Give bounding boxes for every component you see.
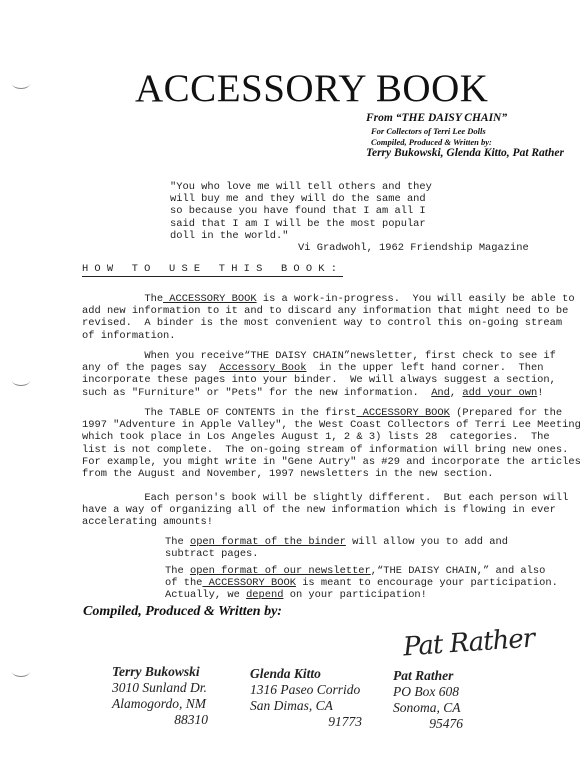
- quote-line: will buy me and they will do the same an…: [170, 193, 426, 205]
- contact-city: Alamogordo, NM: [112, 696, 208, 712]
- paragraph-2: When you receive“THE DAISY CHAIN”newslet…: [82, 350, 556, 399]
- text: is a work-in-progress. You will easily b…: [257, 293, 575, 305]
- paragraph-1: The ACCESSORY BOOK is a work-in-progress…: [82, 293, 575, 342]
- text: from the August and November, 1997 newsl…: [82, 468, 494, 480]
- contact-zip: 91773: [250, 714, 362, 730]
- signature: Pat Rather: [402, 623, 535, 662]
- hole-punch-mark: [12, 78, 30, 89]
- underlined-text: ACCESSORY BOOK: [202, 577, 296, 589]
- text: of information.: [82, 330, 176, 342]
- contact-city: Sonoma, CA: [393, 700, 463, 716]
- text: revised. A binder is the most convenient…: [82, 317, 562, 329]
- contact-card: Pat Rather PO Box 608 Sonoma, CA 95476: [393, 668, 463, 732]
- text: accelerating amounts!: [82, 516, 213, 528]
- quote-line: so because you have found that I am all …: [170, 205, 426, 217]
- subtitle-compiled: Compiled, Produced & Written by:: [371, 137, 492, 147]
- text: such as "Furniture" or "Pets" for the ne…: [82, 387, 431, 399]
- underlined-text: And: [431, 387, 450, 399]
- contact-city: San Dimas, CA: [250, 698, 362, 714]
- quote-line: said that I am I will be the most popula…: [170, 218, 426, 230]
- text: incorporate these pages into your binder…: [82, 374, 556, 386]
- quote-attribution: Vi Gradwohl, 1962 Friendship Magazine: [298, 242, 529, 254]
- contact-zip: 88310: [112, 712, 208, 728]
- contact-name: Terry Bukowski: [112, 664, 208, 680]
- contact-zip: 95476: [393, 716, 463, 732]
- underlined-text: ACCESSORY BOOK: [163, 293, 257, 305]
- text: add new information to it and to discard…: [82, 305, 568, 317]
- underlined-text: ACCESSORY BOOK: [356, 407, 450, 419]
- text: have a way of organizing all of the new …: [82, 504, 556, 516]
- text: Actually, we: [165, 589, 246, 601]
- text: subtract pages.: [165, 548, 259, 560]
- section-heading: HOW TO USE THIS BOOK:: [82, 263, 343, 277]
- text: list is not complete. The on-going strea…: [82, 444, 568, 456]
- text: For example, you might write in "Gene Au…: [82, 456, 581, 468]
- underlined-text: Accessory Book: [219, 362, 306, 374]
- compiled-by-label: Compiled, Produced & Written by:: [83, 604, 282, 620]
- contact-street: 1316 Paseo Corrido: [250, 682, 362, 698]
- text: 1997 "Adventure in Apple Valley", the We…: [82, 419, 581, 431]
- underlined-text: open format of our newsletter: [190, 565, 371, 577]
- paragraph-4: Each person's book will be slightly diff…: [82, 492, 568, 529]
- underlined-text: open format of the binder: [190, 536, 346, 548]
- contact-name: Pat Rather: [393, 668, 463, 684]
- document-title: ACCESSORY BOOK: [135, 66, 488, 111]
- contact-name: Glenda Kitto: [250, 666, 362, 682]
- text: which took place in Los Angeles August 1…: [82, 431, 550, 443]
- quote-block: "You who love me will tell others and th…: [170, 181, 432, 242]
- contact-street: PO Box 608: [393, 684, 463, 700]
- contact-card: Terry Bukowski 3010 Sunland Dr. Alamogor…: [112, 664, 208, 728]
- contact-card: Glenda Kitto 1316 Paseo Corrido San Dima…: [250, 666, 362, 730]
- text: any of the pages say: [82, 362, 219, 374]
- text: The TABLE OF CONTENTS in the first: [82, 407, 356, 419]
- underlined-text: depend: [246, 589, 283, 601]
- quote-line: doll in the world.": [170, 230, 288, 242]
- text: will allow you to add and: [346, 536, 508, 548]
- underlined-text: add your own: [462, 387, 537, 399]
- text: is meant to encourage your participation…: [296, 577, 558, 589]
- text: on your participation!: [283, 589, 426, 601]
- text: of the: [165, 577, 202, 589]
- text: Each person's book will be slightly diff…: [82, 492, 568, 504]
- hole-punch-mark: [12, 666, 30, 677]
- text: ,“THE DAISY CHAIN,” and also: [371, 565, 546, 577]
- text: in the upper left hand corner. Then: [306, 362, 543, 374]
- subtitle-from: From “THE DAISY CHAIN”: [366, 112, 507, 124]
- subtitle-authors: Terry Bukowski, Glenda Kitto, Pat Rather: [366, 147, 564, 159]
- paragraph-5: The open format of the binder will allow…: [165, 536, 508, 560]
- contact-street: 3010 Sunland Dr.: [112, 680, 208, 696]
- text: !: [537, 387, 543, 399]
- paragraph-6: The open format of our newsletter,“THE D…: [165, 565, 558, 602]
- text: ,: [450, 387, 462, 399]
- quote-line: "You who love me will tell others and th…: [170, 181, 432, 193]
- hole-punch-mark: [12, 375, 30, 386]
- text: The: [165, 536, 190, 548]
- text: The: [165, 565, 190, 577]
- text: When you receive“THE DAISY CHAIN”newslet…: [82, 350, 556, 362]
- text: The: [82, 293, 163, 305]
- text: (Prepared for the: [450, 407, 562, 419]
- subtitle-collectors: For Collectors of Terri Lee Dolls: [371, 126, 486, 136]
- paragraph-3: The TABLE OF CONTENTS in the first ACCES…: [82, 407, 581, 480]
